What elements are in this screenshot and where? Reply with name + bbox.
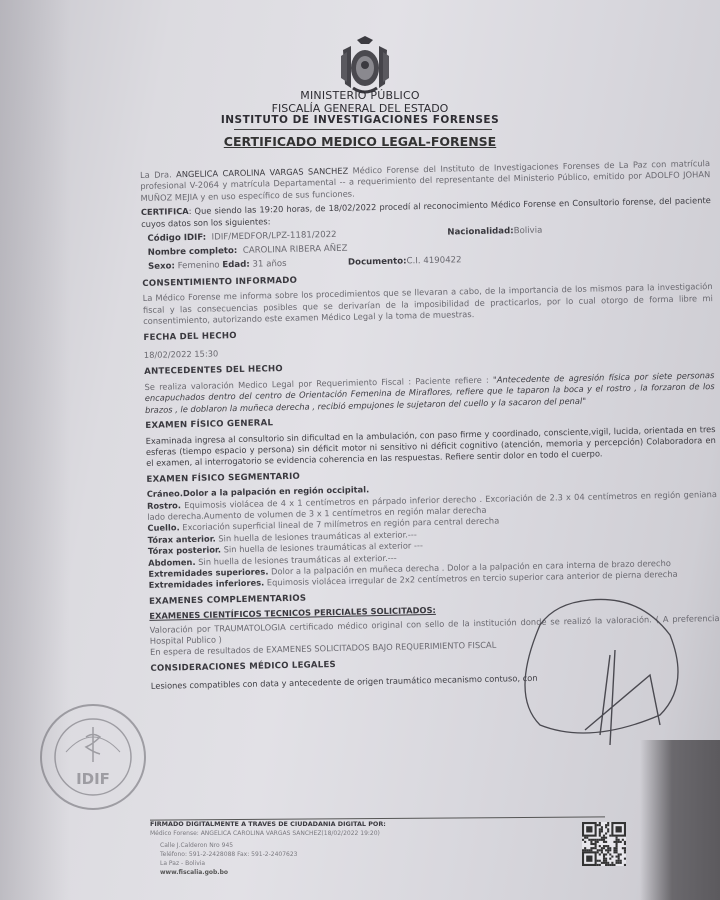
signed-title: FIRMADO DIGITALMENTE A TRAVES DE CIUDADA… xyxy=(150,820,386,829)
document-title: CERTIFICADO MEDICO LEGAL-FORENSE xyxy=(0,134,720,149)
signer: Médico Forense: ANGELICA CAROLINA VARGAS… xyxy=(150,829,386,838)
patient-sex: Femenino xyxy=(178,260,220,271)
qr-code[interactable] xyxy=(582,822,626,866)
header-divider xyxy=(234,129,492,130)
header-institute: INSTITUTO DE INVESTIGACIONES FORENSES xyxy=(0,114,720,126)
header-ministry: MINISTERIO PÚBLICO xyxy=(0,89,720,102)
patient-nationality: Bolivia xyxy=(514,226,543,237)
segmental-exam-list: Cráneo.Dolor a la palpación en región oc… xyxy=(147,477,719,592)
phone: Teléfono: 591-2-2428088 Fax: 591-2-24076… xyxy=(160,850,386,859)
idif-stamp: IDIF xyxy=(38,702,148,812)
address: Calle J.Calderon Nro 945 xyxy=(160,841,386,850)
city: La Paz - Bolivia xyxy=(160,859,386,868)
page-shadow-right xyxy=(640,740,720,900)
digital-signature-footer: FIRMADO DIGITALMENTE A TRAVES DE CIUDADA… xyxy=(150,820,386,877)
handwritten-signature xyxy=(500,585,690,755)
patient-document: C.I. 4190422 xyxy=(406,255,461,266)
patient-code: IDIF/MEDFOR/LPZ-1181/2022 xyxy=(212,230,337,243)
bolivia-coat-of-arms-icon xyxy=(337,34,393,96)
patient-age: 31 años xyxy=(252,259,286,270)
website-link[interactable]: www.fiscalia.gob.bo xyxy=(160,868,386,877)
svg-text:IDIF: IDIF xyxy=(76,770,110,788)
patient-name: CAROLINA RIBERA AÑEZ xyxy=(243,243,348,258)
